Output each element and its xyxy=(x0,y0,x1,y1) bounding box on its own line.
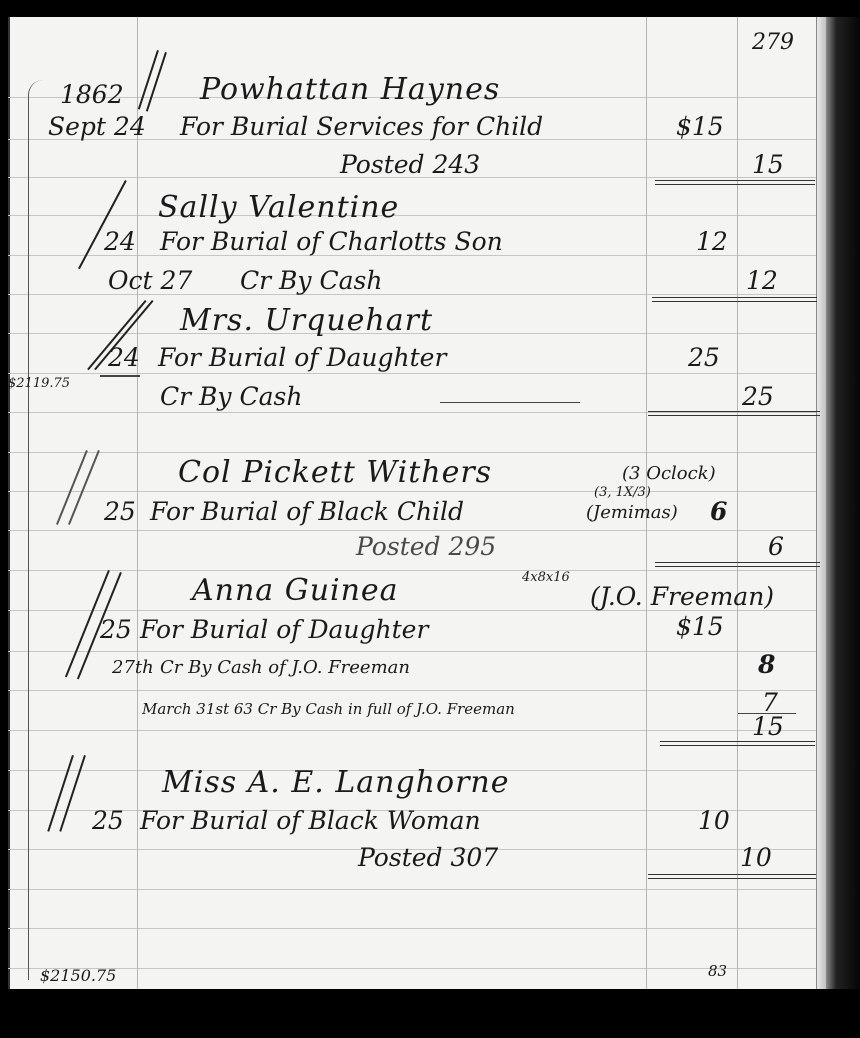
entry-name: Miss A. E. Langhorne xyxy=(162,765,509,800)
entry-date: 24 xyxy=(104,227,136,256)
entry-description: March 31st 63 Cr By Cash in full of J.O.… xyxy=(142,700,515,718)
credit-total: 15 xyxy=(752,712,784,741)
debit-amount: 10 xyxy=(698,806,730,835)
size-annotation: 4x8x16 xyxy=(522,570,570,585)
debit-amount: $15 xyxy=(676,612,724,641)
entry-description: For Burial of Daughter xyxy=(158,343,446,372)
debit-amount: 25 xyxy=(688,343,720,372)
entry-description: For Burial of Black Woman xyxy=(140,806,481,835)
entry-description: Cr By Cash xyxy=(240,266,382,295)
entry-date: Oct 27 xyxy=(108,266,192,295)
entry-description: Cr By Cash of J.O. Freeman xyxy=(160,657,410,678)
footer-number: 83 xyxy=(708,962,727,980)
margin-bracket xyxy=(28,80,43,980)
debit-amount: 12 xyxy=(696,227,728,256)
entry-date: 27th xyxy=(112,657,154,678)
credit-amount: 12 xyxy=(746,266,778,295)
posted-reference: Posted 295 xyxy=(356,532,496,561)
book-binding xyxy=(826,17,860,989)
balance-rule xyxy=(660,741,815,746)
entry-name: Powhattan Haynes xyxy=(200,72,500,107)
fill-line xyxy=(440,402,580,403)
time-annotation: (3 Oclock) xyxy=(622,463,716,484)
entry-date: 24 xyxy=(108,343,140,372)
credit-amount: 10 xyxy=(740,843,772,872)
entry-description: For Burial Services for Child xyxy=(180,112,543,141)
scan-border xyxy=(0,989,860,1038)
balance-rule xyxy=(648,411,820,416)
credit-amount: 15 xyxy=(752,150,784,179)
entry-description: Cr By Cash xyxy=(160,382,302,411)
entry-name: Col Pickett Withers xyxy=(178,455,492,490)
credit-column-rule xyxy=(737,17,738,989)
year-label: 1862 xyxy=(60,80,124,109)
payer-annotation: (J.O. Freeman) xyxy=(590,582,774,611)
debit-amount: $15 xyxy=(676,112,724,141)
entry-description: For Burial of Daughter xyxy=(140,615,428,644)
page-total: $2150.75 xyxy=(40,966,116,985)
balance-rule xyxy=(648,874,816,879)
debit-amount: 6 xyxy=(710,497,727,526)
entry-date: 25 xyxy=(100,615,132,644)
credit-amount: 8 xyxy=(758,650,775,679)
balance-rule xyxy=(655,180,815,185)
balance-rule xyxy=(655,562,820,567)
size-annotation: (3, 1X/3) xyxy=(594,485,651,500)
date-underline xyxy=(100,375,140,377)
entry-description: For Burial of Black Child xyxy=(150,497,464,526)
entry-name: Anna Guinea xyxy=(192,573,399,608)
entry-description: For Burial of Charlotts Son xyxy=(160,227,503,256)
date-column-rule xyxy=(137,17,138,989)
entry-date: Sept 24 xyxy=(48,112,146,141)
entry-date: 25 xyxy=(92,806,124,835)
name-annotation: (Jemimas) xyxy=(586,502,678,523)
margin-running-total: $2119.75 xyxy=(8,376,70,391)
credit-amount: 25 xyxy=(742,382,774,411)
page-number: 279 xyxy=(752,30,794,55)
balance-rule xyxy=(652,297,817,302)
posted-reference: Posted 307 xyxy=(358,843,498,872)
entry-date: 25 xyxy=(104,497,136,526)
entry-name: Sally Valentine xyxy=(158,190,399,225)
credit-amount: 6 xyxy=(768,532,784,561)
entry-name: Mrs. Urquehart xyxy=(180,303,433,338)
posted-reference: Posted 243 xyxy=(340,150,480,179)
